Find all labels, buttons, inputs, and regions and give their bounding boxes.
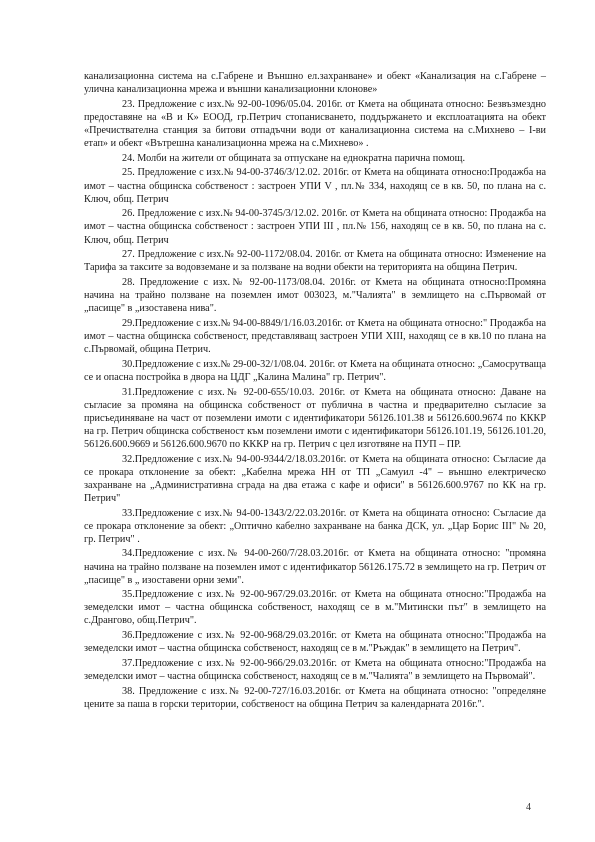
agenda-item-23: 23. Предложение с изх.№ 92-00-1096/05.04… xyxy=(84,98,546,150)
agenda-item-25: 25. Предложение с изх.№ 94-00-3746/3/12.… xyxy=(84,166,546,205)
paragraph-continuation-22: канализационна система на с.Габрене и Въ… xyxy=(84,70,546,96)
agenda-item-31: 31.Предложение с изх.№ 92-00-655/10.03. … xyxy=(84,386,546,451)
agenda-item-28: 28. Предложение с изх.№ 92-00-1173/08.04… xyxy=(84,276,546,315)
agenda-item-24: 24. Молби на жители от общината за отпус… xyxy=(84,152,546,165)
agenda-item-29: 29.Предложение с изх.№ 94-00-8849/1/16.0… xyxy=(84,317,546,356)
agenda-item-34: 34.Предложение с изх.№ 94-00-260/7/28.03… xyxy=(84,547,546,586)
page-number: 4 xyxy=(526,802,531,813)
agenda-item-38: 38. Предложение с изх.№ 92-00-727/16.03.… xyxy=(84,685,546,711)
agenda-item-27: 27. Предложение с изх.№ 92-00-1172/08.04… xyxy=(84,248,546,274)
agenda-item-32: 32.Предложение с изх.№ 94-00-9344/2/18.0… xyxy=(84,453,546,505)
agenda-item-35: 35.Предложение с изх.№ 92-00-967/29.03.2… xyxy=(84,588,546,627)
agenda-item-26: 26. Предложение с изх.№ 94-00-3745/3/12.… xyxy=(84,207,546,246)
document-page: канализационна система на с.Габрене и Въ… xyxy=(84,70,546,713)
agenda-item-33: 33.Предложение с изх.№ 94-00-1343/2/22.0… xyxy=(84,507,546,546)
agenda-item-30: 30.Предложение с изх.№ 29-00-32/1/08.04.… xyxy=(84,358,546,384)
agenda-item-36: 36.Предложение с изх.№ 92-00-968/29.03.2… xyxy=(84,629,546,655)
agenda-item-37: 37.Предложение с изх.№ 92-00-966/29.03.2… xyxy=(84,657,546,683)
